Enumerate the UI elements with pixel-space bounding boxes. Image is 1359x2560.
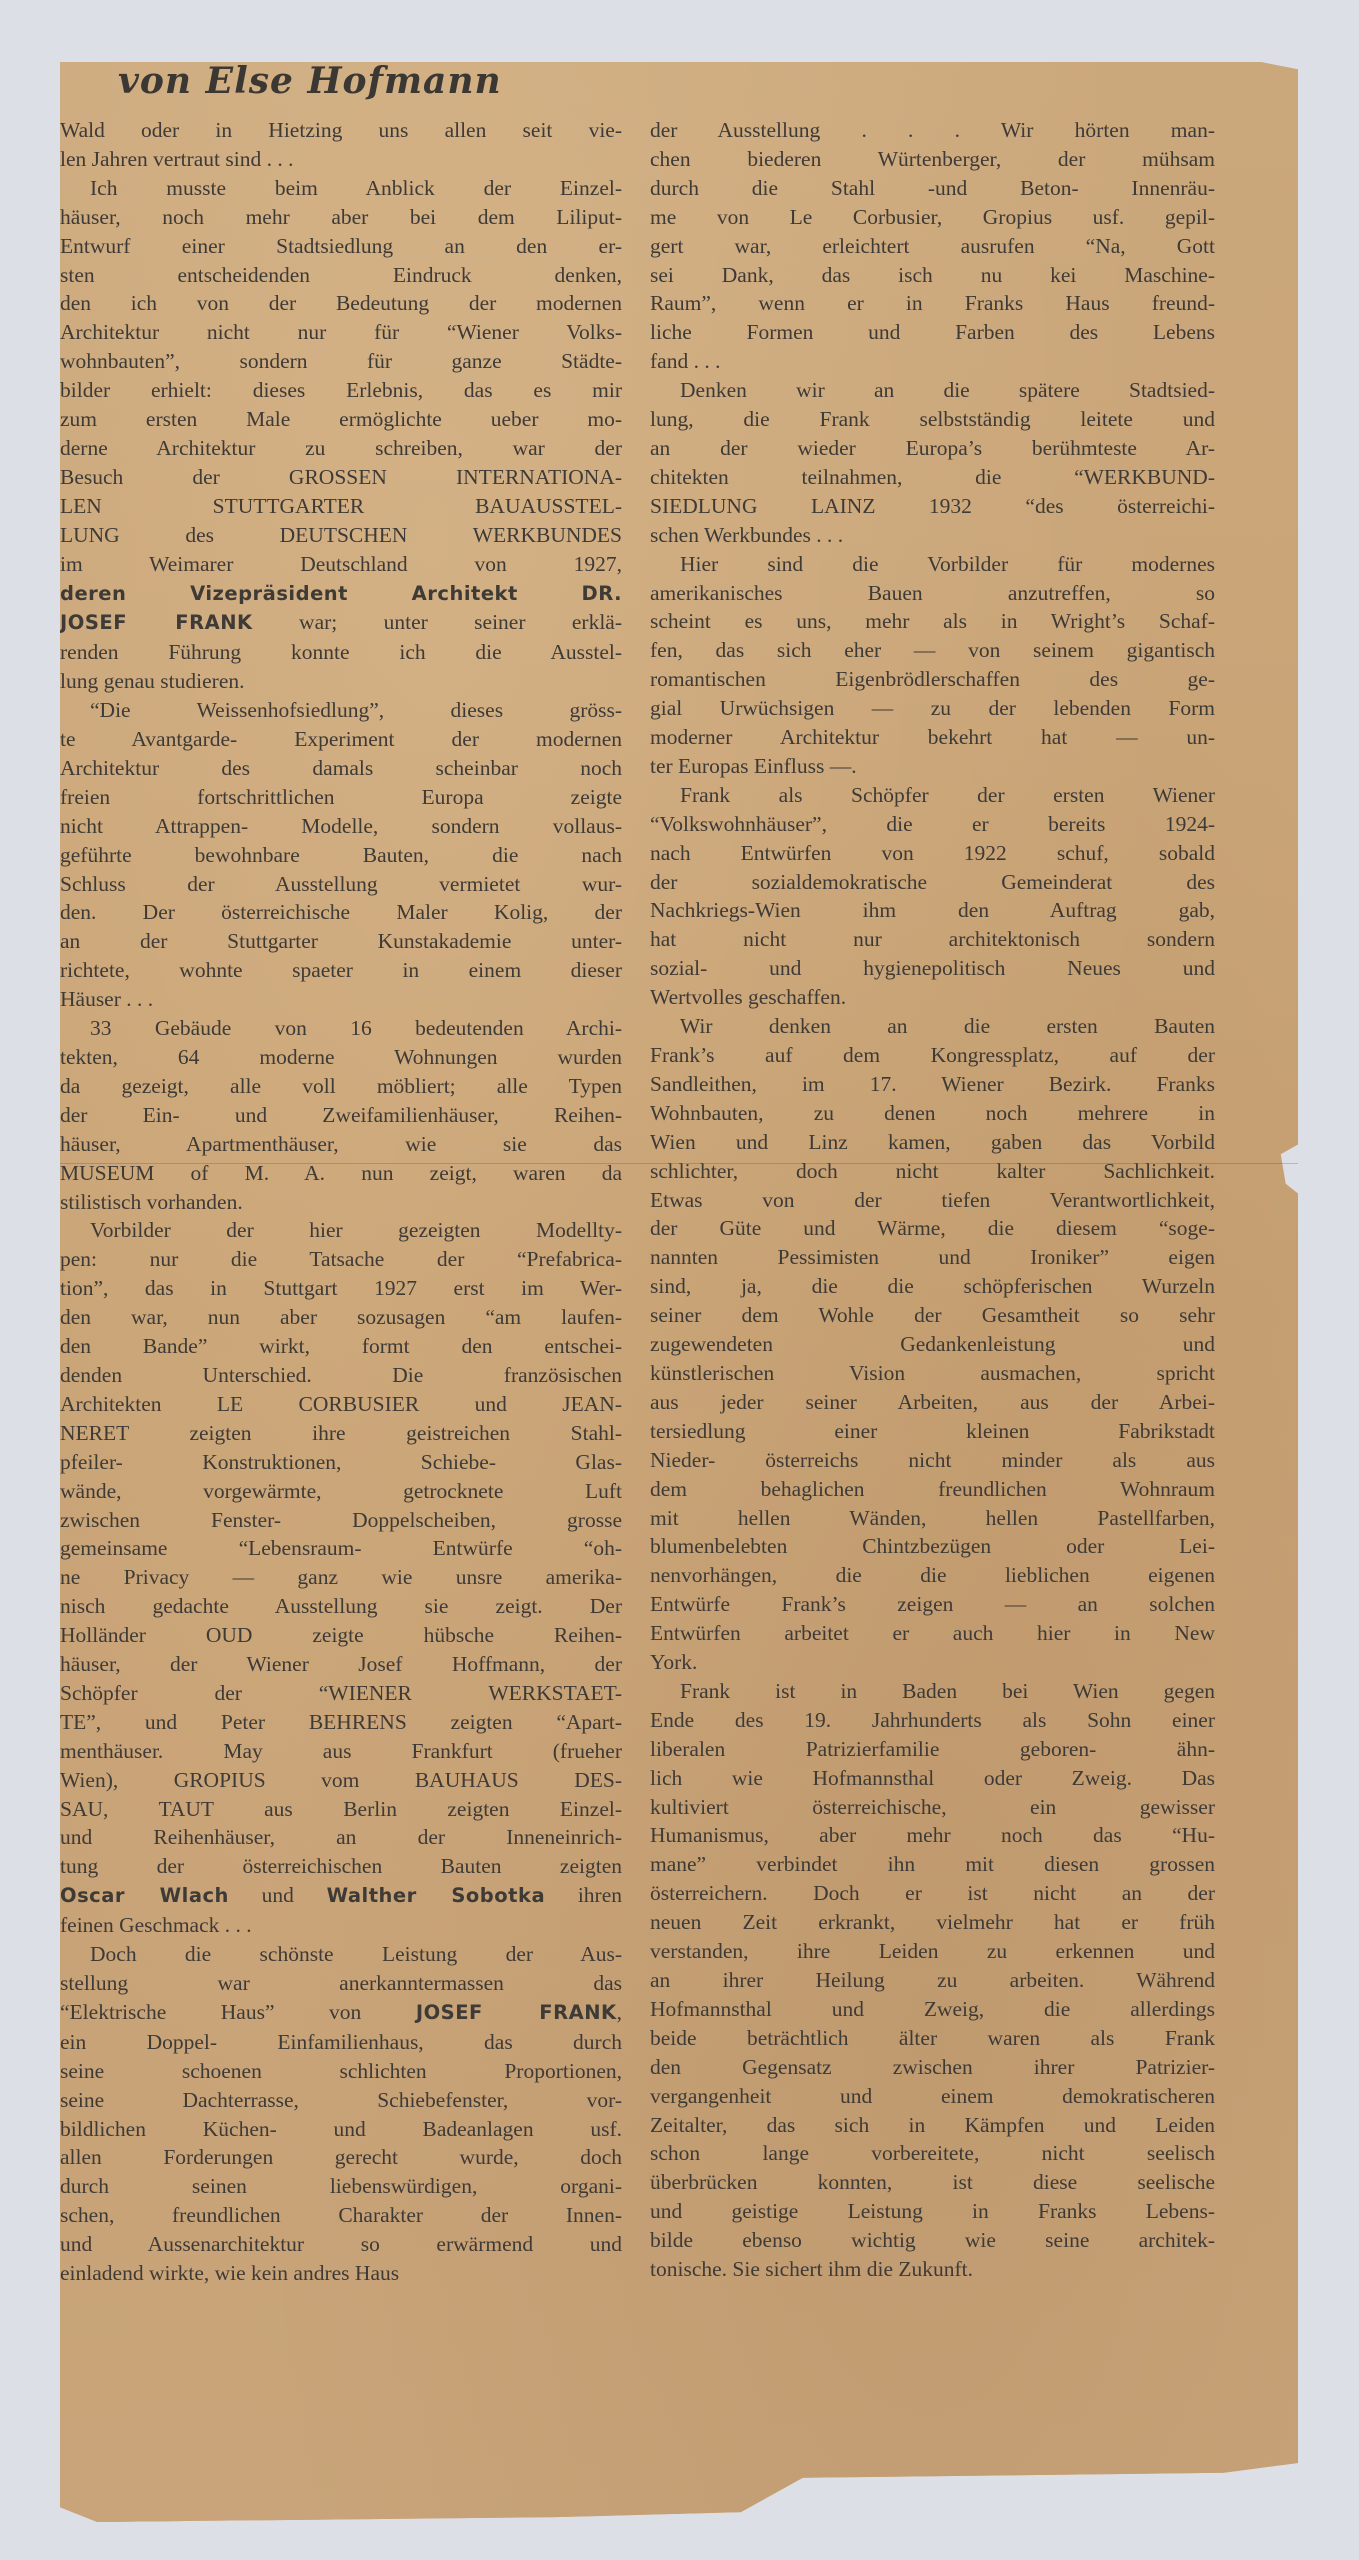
text-line: Entwurf einer Stadtsiedlung an den er-	[60, 232, 622, 261]
text-line: schen, freundlichen Charakter der Innen-	[60, 2201, 622, 2230]
text-line: häuser, der Wiener Josef Hoffmann, der	[60, 1650, 622, 1679]
text-line: te Avantgarde- Experiment der modernen	[60, 725, 622, 754]
text-line: lung genau studieren.	[60, 667, 622, 696]
text-line: Wien und Linz kamen, gaben das Vorbild	[650, 1128, 1215, 1157]
paragraph: Ich musste beim Anblick der Einzel-häuse…	[60, 174, 622, 696]
text-line: geführte bewohnbare Bauten, die nach	[60, 841, 622, 870]
text-line: dem behaglichen freundlichen Wohnraum	[650, 1475, 1215, 1504]
text-line: Hier sind die Vorbilder für modernes	[650, 550, 1215, 579]
text-line: nannten Pessimisten und Ironiker” eigen	[650, 1243, 1215, 1272]
text-line: nenvorhängen, die die lieblichen eigenen	[650, 1561, 1215, 1590]
text-line: MUSEUM of M. A. nun zeigt, waren da	[60, 1159, 622, 1188]
text-line: nach Entwürfen von 1922 schuf, sobald	[650, 839, 1215, 868]
text-line: allen Forderungen gerecht wurde, doch	[60, 2143, 622, 2172]
text-line: Architekten LE CORBUSIER und JEAN-	[60, 1390, 622, 1419]
text-line: tion”, das in Stuttgart 1927 erst im Wer…	[60, 1274, 622, 1303]
text-line: zum ersten Male ermöglichte ueber mo-	[60, 405, 622, 434]
text-line: 33 Gebäude von 16 bedeutenden Archi-	[60, 1014, 622, 1043]
paragraph: Wald oder in Hietzing uns allen seit vie…	[60, 116, 622, 174]
text-line: “Elektrische Haus” von JOSEF FRANK,	[60, 1998, 622, 2028]
paragraph: Hier sind die Vorbilder für modernesamer…	[650, 550, 1215, 781]
text-line: Etwas von der tiefen Verantwortlichkeit,	[650, 1186, 1215, 1215]
text-line: stilistisch vorhanden.	[60, 1188, 622, 1217]
text-line: nisch gedachte Ausstellung sie zeigt. De…	[60, 1592, 622, 1621]
paragraph: Frank ist in Baden bei Wien gegenEnde de…	[650, 1677, 1215, 2284]
text-line: deren Vizepräsident Architekt DR.	[60, 579, 622, 609]
text-line: SIEDLUNG LAINZ 1932 “des österreichi-	[650, 492, 1215, 521]
paragraph: Wir denken an die ersten BautenFrank’s a…	[650, 1012, 1215, 1677]
text-line: den war, nun aber sozusagen “am laufen-	[60, 1303, 622, 1332]
text-line: gial Urwüchsigen — zu der lebenden Form	[650, 694, 1215, 723]
text-line: romantischen Eigenbrödlerschaffen des ge…	[650, 665, 1215, 694]
text-line: an ihrer Heilung zu arbeiten. Während	[650, 1966, 1215, 1995]
text-line: renden Führung konnte ich die Ausstel-	[60, 638, 622, 667]
text-line: beide beträchtlich älter waren als Frank	[650, 2024, 1215, 2053]
text-line: Nachkriegs-Wien ihm den Auftrag gab,	[650, 896, 1215, 925]
text-line: SAU, TAUT aus Berlin zeigten Einzel-	[60, 1795, 622, 1824]
text-line: chitekten teilnahmen, die “WERKBUND-	[650, 463, 1215, 492]
paragraph: der Ausstellung . . . Wir hörten man-che…	[650, 116, 1215, 376]
text-line: TE”, und Peter BEHRENS zeigten “Apart-	[60, 1708, 622, 1737]
text-line: pen: nur die Tatsache der “Prefabrica-	[60, 1245, 622, 1274]
text-line: Wertvolles geschaffen.	[650, 983, 1215, 1012]
text-line: Humanismus, aber mehr noch das “Hu-	[650, 1821, 1215, 1850]
text-line: Sandleithen, im 17. Wiener Bezirk. Frank…	[650, 1070, 1215, 1099]
text-line: scheint es uns, mehr als in Wright’s Sch…	[650, 607, 1215, 636]
text-line: feinen Geschmack . . .	[60, 1911, 622, 1940]
byline-heading: von Else Hofmann	[118, 60, 502, 102]
text-line: ter Europas Einfluss —.	[650, 752, 1215, 781]
text-line: Zeitalter, das sich in Kämpfen und Leide…	[650, 2111, 1215, 2140]
text-line: lung, die Frank selbstständig leitete un…	[650, 405, 1215, 434]
text-line: der Ein- und Zweifamilienhäuser, Reihen-	[60, 1101, 622, 1130]
text-line: “Volkswohnhäuser”, die er bereits 1924-	[650, 810, 1215, 839]
text-line: gert war, erleichtert ausrufen “Na, Gott	[650, 232, 1215, 261]
text-line: Besuch der GROSSEN INTERNATIONA-	[60, 463, 622, 492]
text-line: und Aussenarchitektur so erwärmend und	[60, 2230, 622, 2259]
text-line: mane” verbindet ihn mit diesen grossen	[650, 1850, 1215, 1879]
text-line: durch die Stahl -und Beton- Innenräu-	[650, 174, 1215, 203]
text-line: überbrücken konnten, ist diese seelische	[650, 2168, 1215, 2197]
paragraph: “Die Weissenhofsiedlung”, dieses gröss-t…	[60, 696, 622, 1014]
text-line: und geistige Leistung in Franks Lebens-	[650, 2197, 1215, 2226]
text-line: sind, ja, die die schöpferischen Wurzeln	[650, 1272, 1215, 1301]
text-line: len Jahren vertraut sind . . .	[60, 145, 622, 174]
text-line: LUNG des DEUTSCHEN WERKBUNDES	[60, 521, 622, 550]
text-line: den ich von der Bedeutung der modernen	[60, 289, 622, 318]
text-line: Häuser . . .	[60, 985, 622, 1014]
text-line: Ende des 19. Jahrhunderts als Sohn einer	[650, 1706, 1215, 1735]
text-line: derne Architektur zu schreiben, war der	[60, 434, 622, 463]
text-line: liche Formen und Farben des Lebens	[650, 318, 1215, 347]
text-line: Entwürfe Frank’s zeigen — an solchen	[650, 1590, 1215, 1619]
text-line: an der wieder Europa’s berühmteste Ar-	[650, 434, 1215, 463]
text-line: mit hellen Wänden, hellen Pastellfarben,	[650, 1504, 1215, 1533]
text-line: Frank als Schöpfer der ersten Wiener	[650, 781, 1215, 810]
text-line: Wien), GROPIUS vom BAUHAUS DES-	[60, 1766, 622, 1795]
text-line: da gezeigt, alle voll möbliert; alle Typ…	[60, 1072, 622, 1101]
text-line: kultiviert österreichische, ein gewisser	[650, 1793, 1215, 1822]
text-line: Ich musste beim Anblick der Einzel-	[60, 174, 622, 203]
text-line: zwischen Fenster- Doppelscheiben, grosse	[60, 1506, 622, 1535]
right-column: der Ausstellung . . . Wir hörten man-che…	[650, 116, 1215, 2284]
text-line: Frank ist in Baden bei Wien gegen	[650, 1677, 1215, 1706]
text-line: durch seinen liebenswürdigen, organi-	[60, 2172, 622, 2201]
paragraph: 33 Gebäude von 16 bedeutenden Archi-tekt…	[60, 1014, 622, 1216]
text-line: LEN STUTTGARTER BAUAUSSTEL-	[60, 492, 622, 521]
text-line: “Die Weissenhofsiedlung”, dieses gröss-	[60, 696, 622, 725]
text-line: aus jeder seiner Arbeiten, aus der Arbei…	[650, 1388, 1215, 1417]
text-line: Hofmannsthal und Zweig, die allerdings	[650, 1995, 1215, 2024]
text-line: Doch die schönste Leistung der Aus-	[60, 1940, 622, 1969]
text-line: Holländer OUD zeigte hübsche Reihen-	[60, 1621, 622, 1650]
text-line: Schöpfer der “WIENER WERKSTAET-	[60, 1679, 622, 1708]
text-line: Raum”, wenn er in Franks Haus freund-	[650, 289, 1215, 318]
text-line: bildlichen Küchen- und Badeanlagen usf.	[60, 2115, 622, 2144]
text-line: ne Privacy — ganz wie unsre amerika-	[60, 1563, 622, 1592]
text-line: an der Stuttgarter Kunstakademie unter-	[60, 927, 622, 956]
text-line: tekten, 64 moderne Wohnungen wurden	[60, 1043, 622, 1072]
text-line: häuser, noch mehr aber bei dem Liliput-	[60, 203, 622, 232]
text-line: blumenbelebten Chintzbezügen oder Lei-	[650, 1532, 1215, 1561]
text-line: seine schoenen schlichten Proportionen,	[60, 2057, 622, 2086]
text-line: tersiedlung einer kleinen Fabrikstadt	[650, 1417, 1215, 1446]
text-line: schon lange vorbereitete, nicht seelisch	[650, 2139, 1215, 2168]
text-line: stellung war anerkanntermassen das	[60, 1969, 622, 1998]
text-line: zugewendeten Gedankenleistung und	[650, 1330, 1215, 1359]
text-line: Wald oder in Hietzing uns allen seit vie…	[60, 116, 622, 145]
text-line: Oscar Wlach und Walther Sobotka ihren	[60, 1881, 622, 1911]
text-line: menthäuser. May aus Frankfurt (frueher	[60, 1737, 622, 1766]
text-line: fand . . .	[650, 347, 1215, 376]
text-line: tung der österreichischen Bauten zeigten	[60, 1852, 622, 1881]
text-line: neuen Zeit erkrankt, vielmehr hat er frü…	[650, 1908, 1215, 1937]
text-line: bilder erhielt: dieses Erlebnis, das es …	[60, 376, 622, 405]
text-line: gemeinsame “Lebensraum- Entwürfe “oh-	[60, 1534, 622, 1563]
text-line: der sozialdemokratische Gemeinderat des	[650, 868, 1215, 897]
text-line: fen, das sich eher — von seinem gigantis…	[650, 636, 1215, 665]
text-line: der Ausstellung . . . Wir hörten man-	[650, 116, 1215, 145]
text-line: sozial- und hygienepolitisch Neues und	[650, 954, 1215, 983]
text-line: und Reihenhäuser, an der Inneneinrich-	[60, 1823, 622, 1852]
text-line: nicht Attrappen- Modelle, sondern vollau…	[60, 812, 622, 841]
text-line: verstanden, ihre Leiden zu erkennen und	[650, 1937, 1215, 1966]
text-line: amerikanisches Bauen anzutreffen, so	[650, 579, 1215, 608]
text-line: Vorbilder der hier gezeigten Modellty-	[60, 1216, 622, 1245]
text-line: NERET zeigten ihre geistreichen Stahl-	[60, 1419, 622, 1448]
text-line: freien fortschrittlichen Europa zeigte	[60, 783, 622, 812]
text-line: schlichter, doch nicht kalter Sachlichke…	[650, 1157, 1215, 1186]
text-line: einladend wirkte, wie kein andres Haus	[60, 2259, 622, 2288]
text-line: Architektur nicht nur für “Wiener Volks-	[60, 318, 622, 347]
paragraph: Frank als Schöpfer der ersten Wiener“Vol…	[650, 781, 1215, 1012]
text-line: ein Doppel- Einfamilienhaus, das durch	[60, 2028, 622, 2057]
text-line: Architektur des damals scheinbar noch	[60, 754, 622, 783]
text-line: häuser, Apartmenthäuser, wie sie das	[60, 1130, 622, 1159]
text-line: österreichern. Doch er ist nicht an der	[650, 1879, 1215, 1908]
text-line: wände, vorgewärmte, getrocknete Luft	[60, 1477, 622, 1506]
text-line: den Gegensatz zwischen ihrer Patrizier-	[650, 2053, 1215, 2082]
text-line: Nieder- österreichs nicht minder als aus	[650, 1446, 1215, 1475]
text-line: liberalen Patrizierfamilie geboren- ähn-	[650, 1735, 1215, 1764]
text-line: Schluss der Ausstellung vermietet wur-	[60, 870, 622, 899]
text-line: schen Werkbundes . . .	[650, 521, 1215, 550]
text-line: bilde ebenso wichtig wie seine architek-	[650, 2226, 1215, 2255]
text-line: Wir denken an die ersten Bauten	[650, 1012, 1215, 1041]
text-line: Wohnbauten, zu denen noch mehrere in	[650, 1099, 1215, 1128]
paragraph: Vorbilder der hier gezeigten Modellty-pe…	[60, 1216, 622, 1940]
text-line: Entwürfen arbeitet er auch hier in New	[650, 1619, 1215, 1648]
text-line: lich wie Hofmannsthal oder Zweig. Das	[650, 1764, 1215, 1793]
paragraph: Doch die schönste Leistung der Aus-stell…	[60, 1940, 622, 2288]
text-line: hat nicht nur architektonisch sondern	[650, 925, 1215, 954]
text-line: sei Dank, das isch nu kei Maschine-	[650, 261, 1215, 290]
text-line: den Bande” wirkt, formt den entschei-	[60, 1332, 622, 1361]
text-line: me von Le Corbusier, Gropius usf. gepil-	[650, 203, 1215, 232]
text-line: tonische. Sie sichert ihm die Zukunft.	[650, 2255, 1215, 2284]
text-line: York.	[650, 1648, 1215, 1677]
text-line: richtete, wohnte spaeter in einem dieser	[60, 956, 622, 985]
text-line: vergangenheit und einem demokratischeren	[650, 2082, 1215, 2111]
text-line: Denken wir an die spätere Stadtsied-	[650, 376, 1215, 405]
text-line: pfeiler- Konstruktionen, Schiebe- Glas-	[60, 1448, 622, 1477]
text-line: seine Dachterrasse, Schiebefenster, vor-	[60, 2086, 622, 2115]
text-line: chen biederen Würtenberger, der mühsam	[650, 145, 1215, 174]
paragraph: Denken wir an die spätere Stadtsied-lung…	[650, 376, 1215, 549]
text-line: im Weimarer Deutschland von 1927,	[60, 550, 622, 579]
text-line: moderner Architektur bekehrt hat — un-	[650, 723, 1215, 752]
text-line: JOSEF FRANK war; unter seiner erklä-	[60, 608, 622, 638]
text-line: wohnbauten”, sondern für ganze Städte-	[60, 347, 622, 376]
text-line: seiner dem Wohle der Gesamtheit so sehr	[650, 1301, 1215, 1330]
text-line: den. Der österreichische Maler Kolig, de…	[60, 898, 622, 927]
text-line: sten entscheidenden Eindruck denken,	[60, 261, 622, 290]
text-line: Frank’s auf dem Kongressplatz, auf der	[650, 1041, 1215, 1070]
text-line: der Güte und Wärme, die diesem “soge-	[650, 1214, 1215, 1243]
text-line: künstlerischen Vision ausmachen, spricht	[650, 1359, 1215, 1388]
left-column: Wald oder in Hietzing uns allen seit vie…	[60, 116, 622, 2288]
text-line: denden Unterschied. Die französischen	[60, 1361, 622, 1390]
